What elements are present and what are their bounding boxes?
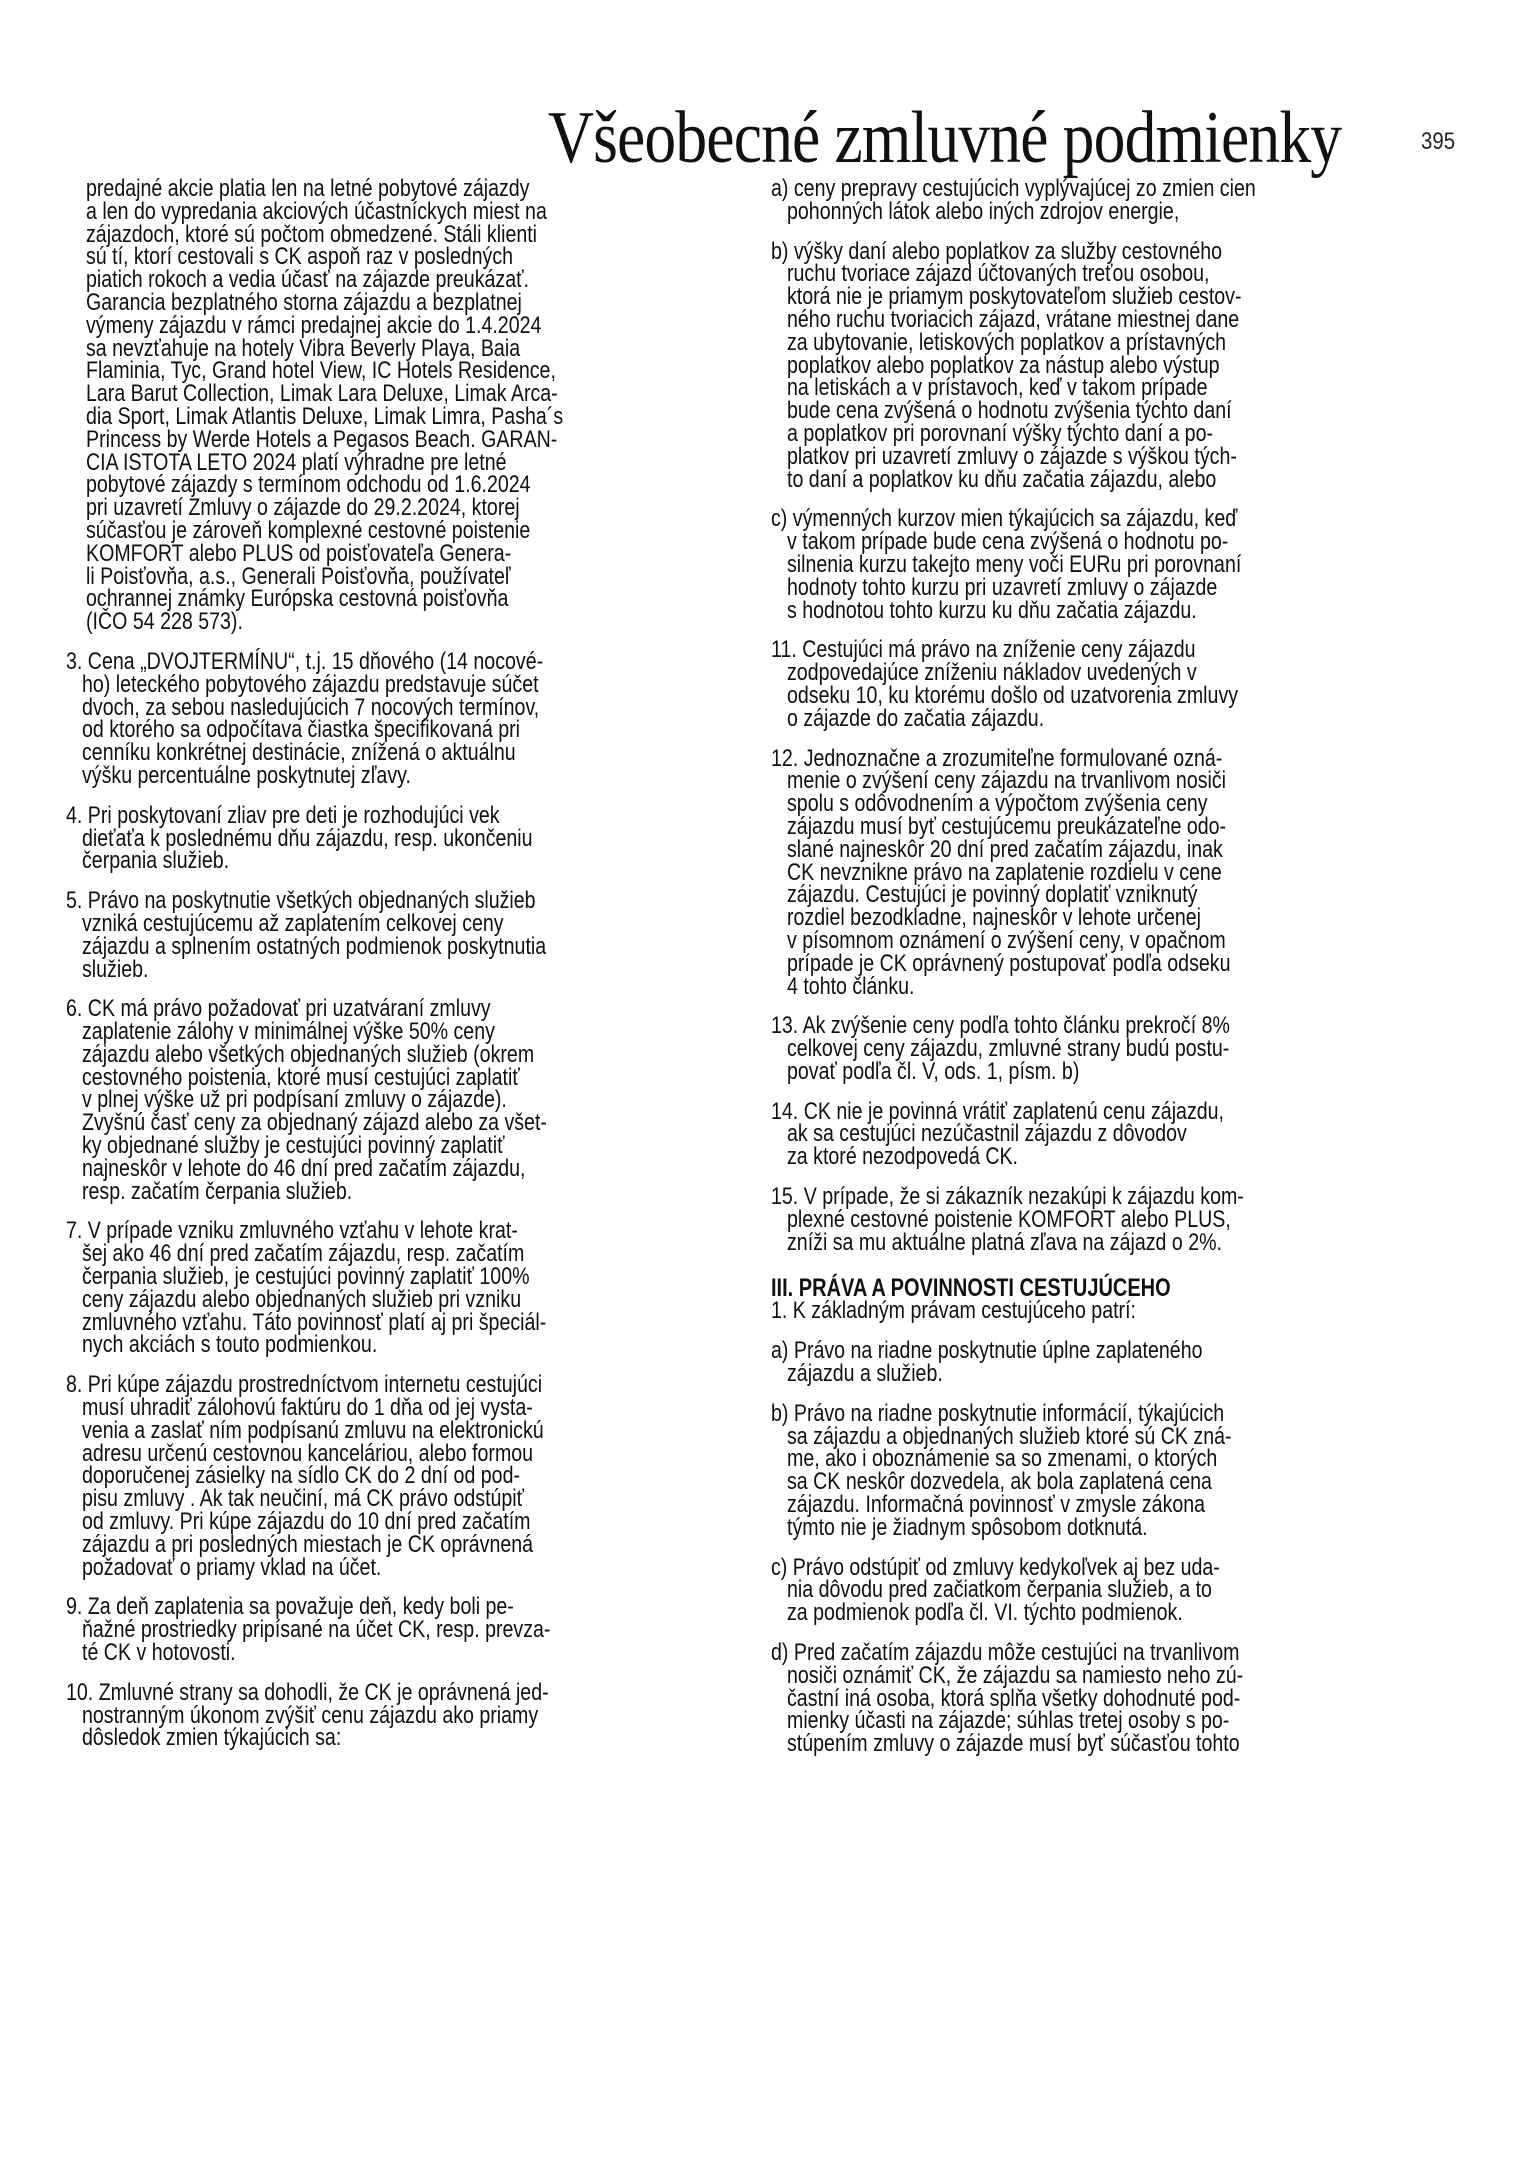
item-b-taxes: b) výšky daní alebo poplatkov za služby … (771, 241, 1471, 492)
paragraph-12: 12. Jednoznačne a zrozumiteľne formulova… (771, 748, 1471, 999)
text-line: pohonných látok alebo iných zdrojov ener… (771, 201, 1331, 224)
text-line: zájazdu a splnením ostatných podmienok p… (66, 936, 642, 959)
text-line: zníži sa mu aktuálne platná zľava na záj… (771, 1232, 1331, 1255)
text-line: požadovať o priamy vklad na účet. (66, 1557, 642, 1580)
paragraph-5: 5. Právo na poskytnutie všetkých objedna… (66, 890, 786, 981)
left-column: predajné akcie platia len na letné pobyt… (86, 178, 786, 1767)
text-line: resp. začatím čerpania služieb. (66, 1181, 642, 1204)
right-d: d) Pred začatím zájazdu môže cestujúci n… (771, 1642, 1471, 1756)
text-line: o zájazde do začatia zájazdu. (771, 708, 1331, 731)
text-line: to daní a poplatkov ku dňu začatia zájaz… (771, 469, 1331, 492)
text-line: 4 tohto článku. (771, 976, 1331, 999)
text-line: té CK v hotovosti. (66, 1642, 642, 1665)
section-3-intro: 1. K základným právam cestujúceho patrí: (771, 1300, 1471, 1323)
text-line: čerpania služieb. (66, 850, 642, 873)
right-column: a) ceny prepravy cestujúcich vyplývajúce… (771, 178, 1471, 1773)
right-c: c) Právo odstúpiť od zmluvy kedykoľvek a… (771, 1557, 1471, 1625)
paragraph-8: 8. Pri kúpe zájazdu prostredníctvom inte… (66, 1374, 786, 1579)
text-line: 1. K základným právam cestujúceho patrí: (771, 1300, 1331, 1323)
text-line: výšku percentuálne poskytnutej zľavy. (66, 765, 642, 788)
text-line: stúpením zmluvy o zájazde musí byť súčas… (771, 1733, 1331, 1756)
paragraph-9: 9. Za deň zaplatenia sa považuje deň, ke… (66, 1596, 786, 1664)
item-a-fuel: a) ceny prepravy cestujúcich vyplývajúce… (771, 178, 1471, 224)
paragraph-3: 3. Cena „DVOJTERMÍNU“, t.j. 15 dňového (… (66, 651, 786, 788)
paragraph-15: 15. V prípade, že si zákazník nezakúpi k… (771, 1186, 1471, 1254)
text-line: (IČO 54 228 573). (86, 611, 646, 634)
text-line: služieb. (66, 959, 642, 982)
paragraph-10: 10. Zmluvné strany sa dohodli, že CK je … (66, 1682, 786, 1750)
page-title: Všeobecné zmluvné podmienky (548, 98, 1341, 178)
text-line: zájazdu a služieb. (771, 1363, 1331, 1386)
paragraph-4: 4. Pri poskytovaní zliav pre deti je roz… (66, 805, 786, 873)
page-number: 395 (1421, 128, 1455, 156)
text-line: za podmienok podľa čl. VI. týchto podmie… (771, 1602, 1331, 1625)
item-c-exchange: c) výmenných kurzov mien týkajúcich sa z… (771, 508, 1471, 622)
paragraph-6: 6. CK má právo požadovať pri uzatváraní … (66, 998, 786, 1203)
right-a: a) Právo na riadne poskytnutie úplne zap… (771, 1340, 1471, 1386)
right-b: b) Právo na riadne poskytnutie informáci… (771, 1403, 1471, 1540)
paragraph-13: 13. Ak zvýšenie ceny podľa tohto článku … (771, 1015, 1471, 1083)
paragraph-2-continuation: predajné akcie platia len na letné pobyt… (86, 178, 786, 634)
text-line: týmto nie je žiadnym spôsobom dotknutá. (771, 1517, 1331, 1540)
section-3: III. PRÁVA A POVINNOSTI CESTUJÚCEHO 1. K… (771, 1276, 1471, 1756)
paragraph-11: 11. Cestujúci má právo na zníženie ceny … (771, 639, 1471, 730)
text-line: nych akciách s touto podmienkou. (66, 1334, 642, 1357)
text-line: s hodnotou tohto kurzu ku dňu začatia zá… (771, 600, 1331, 623)
paragraph-14: 14. CK nie je povinná vrátiť zaplatenú c… (771, 1101, 1471, 1169)
paragraph-7: 7. V prípade vzniku zmluvného vzťahu v l… (66, 1220, 786, 1357)
text-line: za ktoré nezodpovedá CK. (771, 1146, 1331, 1169)
text-line: povať podľa čl. V, ods. 1, písm. b) (771, 1061, 1331, 1084)
text-line: dôsledok zmien týkajúcich sa: (66, 1727, 642, 1750)
